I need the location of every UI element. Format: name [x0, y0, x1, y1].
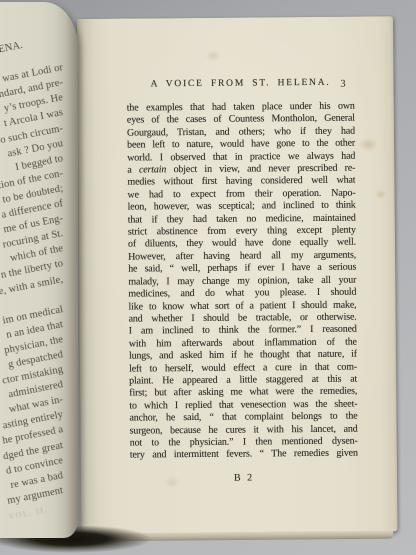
- text-line: tery and intermittent fevers. “ The reme…: [130, 448, 358, 462]
- page-number: 3: [340, 79, 345, 90]
- book-photo: A VOICE FROM ST. HELENA. 3 the examples …: [0, 0, 416, 555]
- signature-mark: B 2: [130, 472, 358, 485]
- left-page-text: ENA.was at Lodi orndard, and pre-y’s tro…: [0, 30, 63, 498]
- page-header: A VOICE FROM ST. HELENA. 3: [127, 78, 355, 94]
- book-page: A VOICE FROM ST. HELENA. 3 the examples …: [77, 16, 397, 534]
- page-text: the examples that had taken place under …: [127, 101, 358, 463]
- running-title: A VOICE FROM ST. HELENA.: [127, 78, 355, 90]
- left-page: ENA.was at Lodi orndard, and pre-y’s tro…: [0, 2, 78, 538]
